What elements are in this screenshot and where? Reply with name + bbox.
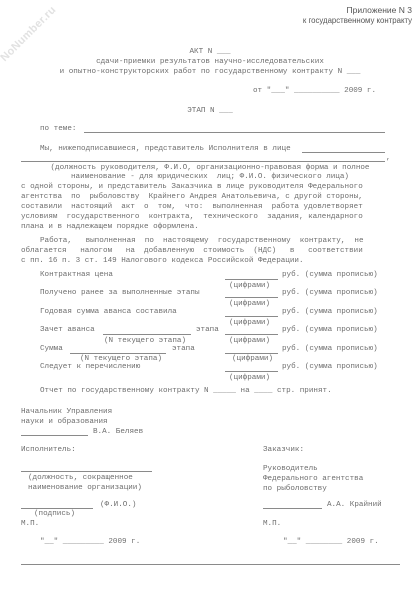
act-title-line1: сдачи-приемки результатов научно-исследо… [0,57,420,67]
act-date: от "___" __________ 2009 г. [253,86,376,96]
customer-stamp: М.П. [263,519,281,529]
customer-name: А.А. Крайний [327,500,382,510]
amount-label-received: Получено ранее за выполненные этапы [40,288,200,298]
amount-label-advance-offset: Зачет аванса [40,325,95,335]
executor-label: Исполнитель: [21,445,76,455]
report-accepted: Отчет по государственному контракту N __… [40,386,332,396]
intro-p3: составили настоящий акт о том, что: выпо… [21,202,363,212]
customer-title-2: Федерального агентства [263,474,363,484]
digits-hint: (цифрами) [229,281,270,291]
rub-label: руб. (сумма прописью) [282,325,378,335]
appendix-title: Приложение N 3 [347,5,412,15]
head-title-2: науки и образования [21,417,108,427]
rub-label: руб. (сумма прописью) [282,362,378,372]
intro-p2: агентства по рыболовству Крайнего Андрея… [21,192,363,202]
digits-hint: (цифрами) [229,373,270,383]
stage-number-field-offset[interactable] [103,334,191,335]
amount-field-contract[interactable] [225,279,278,280]
customer-label: Заказчик: [263,445,304,455]
amount-label-annual-advance: Годовая сумма аванса составила [40,307,177,317]
rub-label: руб. (сумма прописью) [282,270,378,280]
intro-p4: условиям государственного контракта, тех… [21,212,363,222]
act-number: АКТ N ___ [0,47,420,57]
amount-field-received[interactable] [225,297,278,298]
executor-rep-field-2[interactable] [21,161,385,162]
executor-date: "__" _________ 2009 г. [40,537,140,547]
amount-field-annual-advance[interactable] [225,316,278,317]
amount-field-advance-offset[interactable] [225,334,278,335]
customer-signature-field[interactable] [263,508,322,509]
vat-l2: облагается налогом на добавленную стоимо… [21,246,363,256]
head-name: В.А. Беляев [93,427,143,437]
head-title-1: Начальник Управления [21,407,112,417]
customer-title-3: по рыболовству [263,484,327,494]
executor-hint-1: (должность, сокращенное [28,473,133,483]
appendix-subtitle: к государственному контракту [303,16,412,25]
topic-label: по теме: [40,124,76,134]
intro-we: Мы, нижеподписавшиеся, представитель Исп… [40,144,291,154]
customer-title-1: Руководитель [263,464,318,474]
rub-label: руб. (сумма прописью) [282,307,378,317]
act-title-line2: и опытно-конструкторских работ по госуда… [0,67,420,77]
customer-date: "__" ________ 2009 г. [283,537,379,547]
executor-position-field[interactable] [21,471,152,472]
amount-field-to-transfer[interactable] [225,371,278,372]
rub-label: руб. (сумма прописью) [282,288,378,298]
vat-l1: Работа, выполненная по настоящему госуда… [40,236,364,246]
digits-hint: (цифрами) [229,299,270,309]
vat-l3: с пп. 16 п. 3 ст. 149 Налогового кодекса… [21,256,304,266]
amount-label-stage-sum: Сумма [40,344,63,354]
executor-stamp: М.П. [21,519,39,529]
head-signature-field[interactable] [21,435,88,436]
executor-hint-2: наименование организации) [28,483,142,493]
digits-hint: (цифрами) [232,354,273,364]
bottom-divider [21,564,400,565]
stage-number: ЭТАП N ___ [0,106,420,116]
digits-hint: (цифрами) [229,318,270,328]
executor-sign-hint: (подпись) [34,509,75,519]
amount-label-to-transfer: Следует к перечислению [40,362,140,372]
rub-label: руб. (сумма прописью) [282,344,378,354]
intro-p5: плана и в надлежащем порядке оформлена. [21,222,199,232]
comma: , [386,153,391,163]
stage-word: этапа [196,325,219,335]
executor-fio-hint: (Ф.И.О.) [100,500,136,510]
intro-p1: с одной стороны, и представитель Заказчи… [21,182,363,192]
executor-rep-field[interactable] [302,152,385,153]
amount-label-contract: Контрактная цена [40,270,113,280]
digits-hint: (цифрами) [229,336,270,346]
stage-word: этапа [172,344,195,354]
intro-hint-2: наименование - для юридических лиц; Ф.И.… [0,172,420,182]
topic-field[interactable] [84,132,385,133]
